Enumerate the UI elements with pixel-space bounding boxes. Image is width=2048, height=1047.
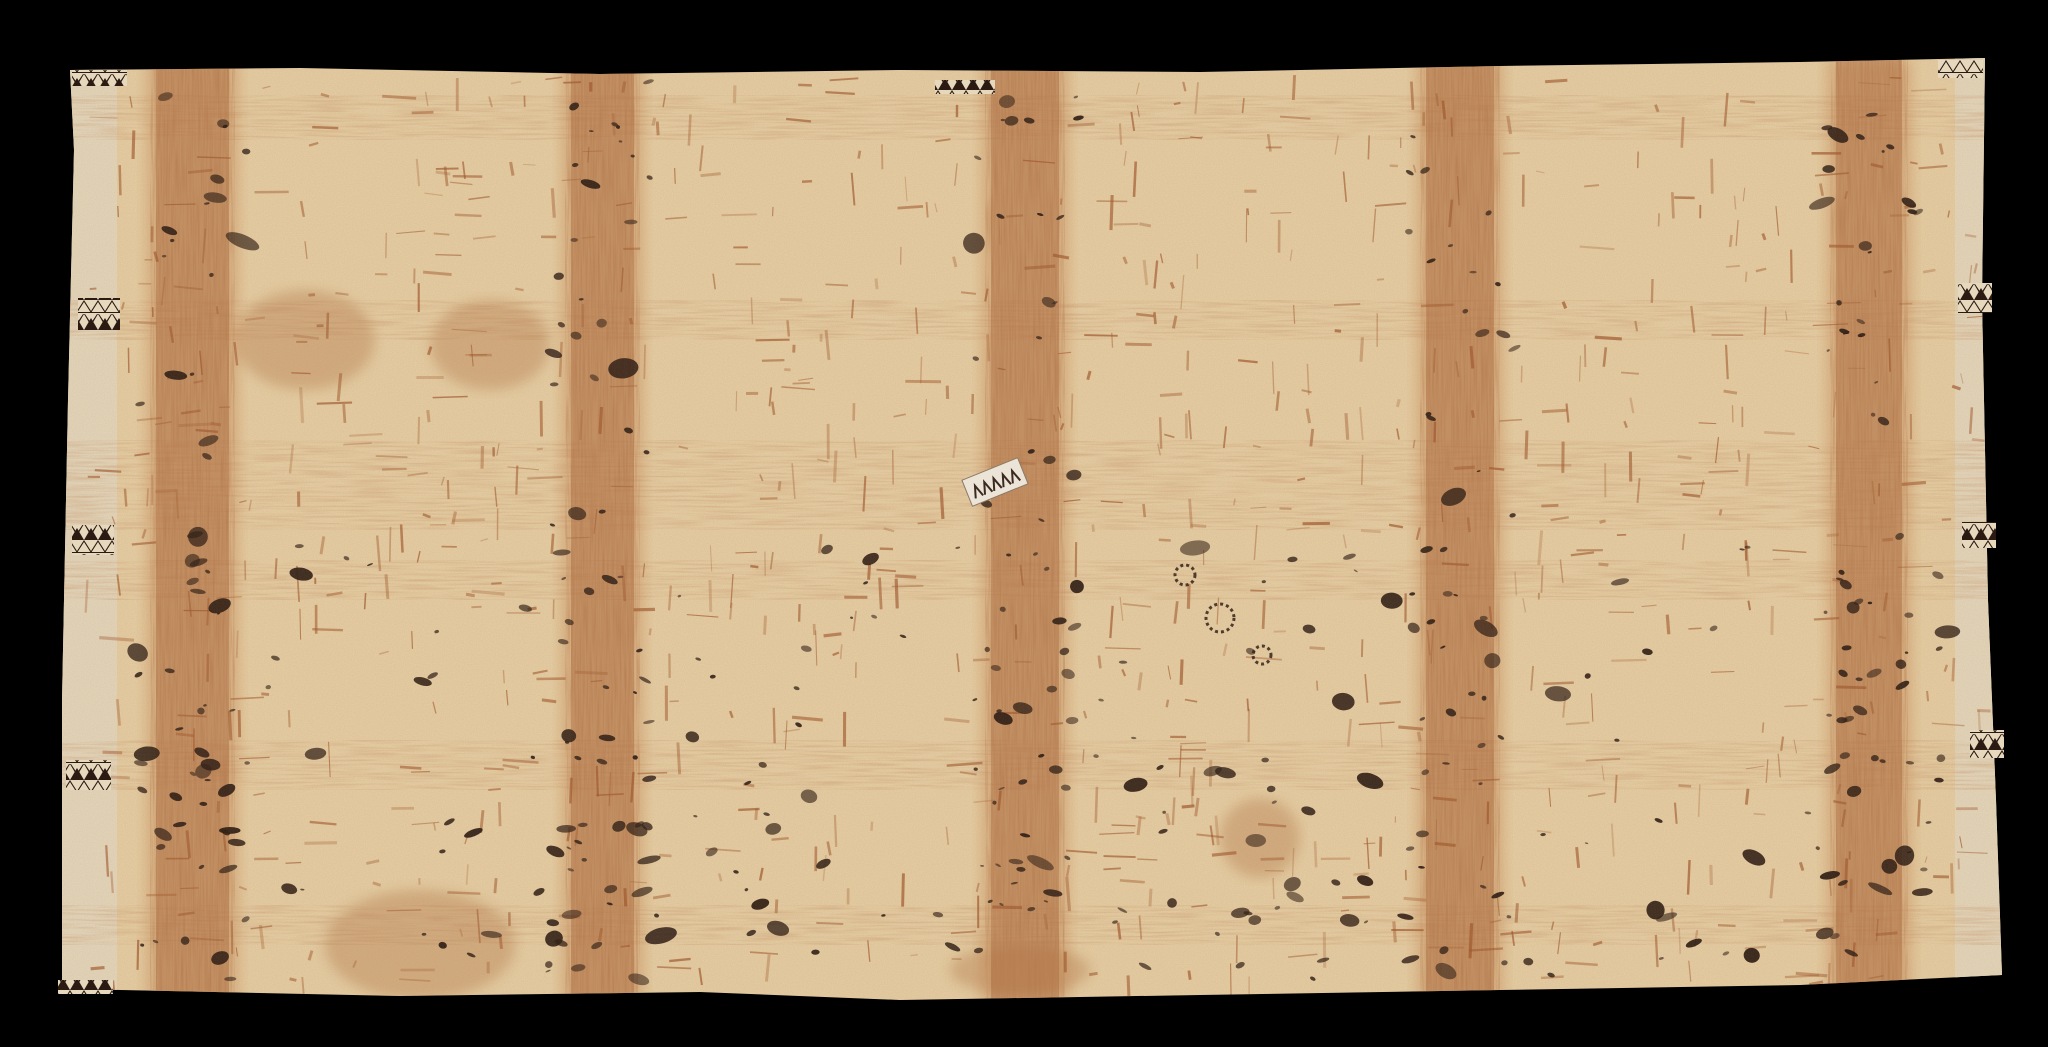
zigzag-motif xyxy=(1962,522,1996,548)
fiber-texture xyxy=(0,0,2048,1047)
zigzag-motif xyxy=(78,298,120,330)
zigzag-motif xyxy=(72,70,127,86)
tapa-cloth-artwork xyxy=(0,0,2048,1047)
tapa-cloth-photo xyxy=(0,0,2048,1047)
zigzag-motif xyxy=(72,525,114,555)
zigzag-motif xyxy=(1958,283,1992,313)
zigzag-motif xyxy=(1938,60,1983,78)
zigzag-motif xyxy=(58,980,113,994)
zigzag-motif xyxy=(1970,730,2004,758)
cloth xyxy=(0,0,2048,1047)
zigzag-motif xyxy=(66,760,111,790)
zigzag-motif xyxy=(935,80,995,94)
